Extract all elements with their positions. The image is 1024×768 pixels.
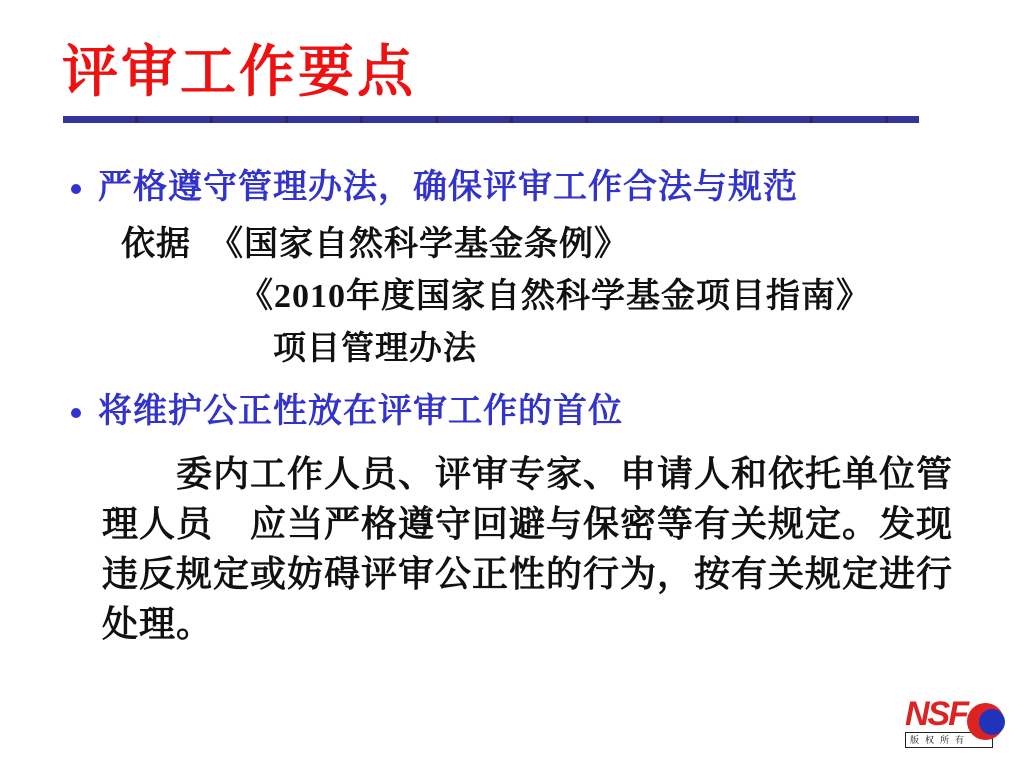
basis-line-regulations: 依据 《国家自然科学基金条例》 bbox=[121, 225, 629, 264]
paragraph-line-2: 理人员 应当严格遵守回避与保密等有关规定。发现 bbox=[102, 504, 953, 545]
paragraph-line-4: 处理。 bbox=[102, 604, 213, 645]
paragraph-line-1: 委内工作人员、评审专家、申请人和依托单位管 bbox=[176, 454, 953, 495]
title-divider-line bbox=[63, 116, 919, 123]
bullet-dot-icon bbox=[71, 408, 81, 418]
paragraph-line-3: 违反规定或妨碍评审公正性的行为，按有关规定进行 bbox=[102, 554, 953, 595]
bullet-2-heading: 将维护公正性放在评审工作的首位 bbox=[98, 392, 623, 431]
bullet-dot-icon bbox=[71, 184, 81, 194]
nsfc-logo-blue-globe-icon bbox=[979, 709, 1005, 735]
nsfc-logo-letters: NSF bbox=[905, 697, 967, 731]
presentation-slide: 评审工作要点 严格遵守管理办法，确保评审工作合法与规范 依据 《国家自然科学基金… bbox=[0, 0, 1024, 768]
bullet-1-heading: 严格遵守管理办法，确保评审工作合法与规范 bbox=[98, 168, 798, 207]
slide-title: 评审工作要点 bbox=[62, 44, 416, 103]
basis-line-management: 项目管理办法 bbox=[273, 331, 477, 369]
logo-copyright-text: 版权所有 bbox=[910, 736, 970, 745]
nsfc-logo: 版权所有 NSF bbox=[905, 697, 1001, 749]
basis-line-guide: 《2010年度国家自然科学基金项目指南》 bbox=[239, 277, 871, 316]
